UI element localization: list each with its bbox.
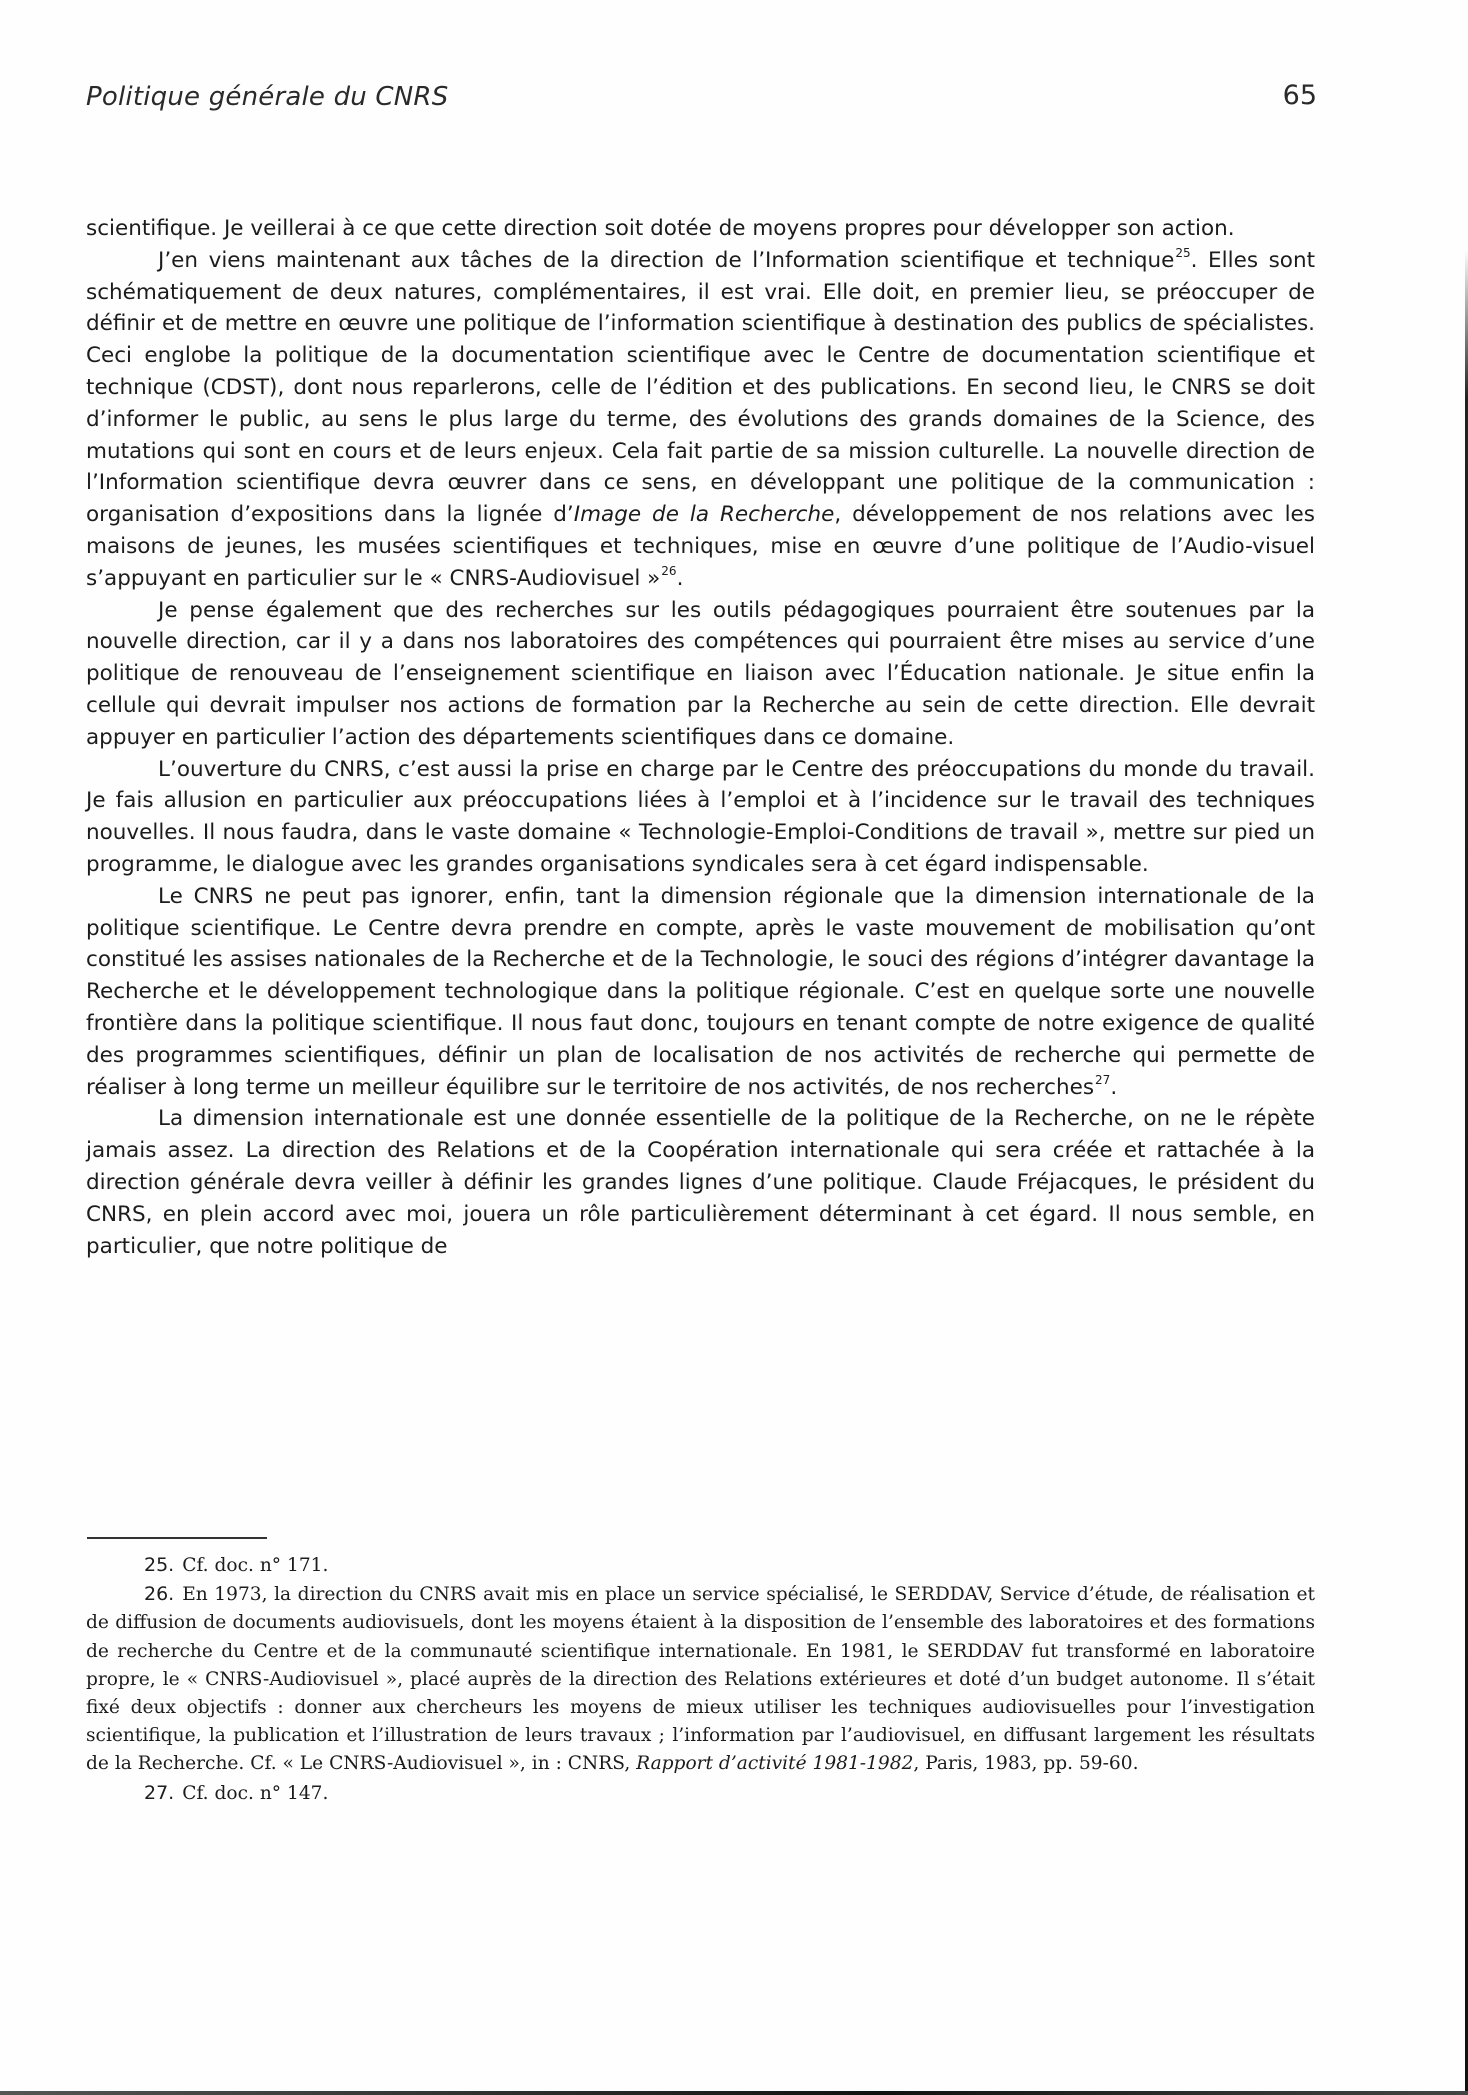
footnote-number: 27. (144, 1782, 174, 1804)
paragraph: scientifique. Je veillerai à ce que cett… (86, 213, 1315, 245)
footnote-text: En 1973, la direction du CNRS avait mis … (86, 1584, 1315, 1774)
running-title: Politique générale du CNRS (86, 82, 448, 112)
paragraph-text: Le CNRS ne peut pas ignorer, enfin, tant… (86, 884, 1315, 1100)
paragraph: La dimension internationale est une donn… (86, 1103, 1315, 1262)
paragraph-text: . (1110, 1075, 1117, 1100)
italic-title: Rapport d’activité 1981-1982 (636, 1753, 913, 1774)
paragraph-text: Je pense également que des recherches su… (86, 598, 1315, 750)
footnote-27: 27.Cf. doc. n° 147. (86, 1779, 1315, 1808)
footnote-26: 26.En 1973, la direction du CNRS avait m… (86, 1580, 1315, 1778)
paragraph: Je pense également que des recherches su… (86, 595, 1315, 754)
footnote-text: , Paris, 1983, pp. 59-60. (913, 1753, 1138, 1774)
footnote-25: 25.Cf. doc. n° 171. (86, 1551, 1315, 1580)
footnote-number: 26. (144, 1583, 174, 1605)
footnote-reference[interactable]: 25 (1175, 246, 1190, 260)
footnotes: 25.Cf. doc. n° 171. 26.En 1973, la direc… (86, 1551, 1315, 1808)
footnote-text: Cf. doc. n° 147. (182, 1783, 328, 1804)
footnote-number: 25. (144, 1554, 174, 1576)
paragraph-text: scientifique. Je veillerai à ce que cett… (86, 216, 1235, 241)
paragraph-text: L’ouverture du CNRS, c’est aussi la pris… (86, 757, 1315, 877)
footnote-reference[interactable]: 26 (661, 564, 676, 578)
paragraph-text: . (677, 566, 684, 591)
paragraph-text: J’en viens maintenant aux tâches de la d… (158, 248, 1174, 273)
document-page: Politique générale du CNRS 65 scientifiq… (0, 0, 1468, 2095)
paragraph: Le CNRS ne peut pas ignorer, enfin, tant… (86, 881, 1315, 1104)
scan-edge-bottom (0, 2091, 1468, 2095)
footnote-text: Cf. doc. n° 171. (182, 1555, 328, 1576)
paragraph: L’ouverture du CNRS, c’est aussi la pris… (86, 754, 1315, 881)
footnote-reference[interactable]: 27 (1095, 1073, 1110, 1087)
paragraph-text: . Elles sont schématiquement de deux nat… (86, 248, 1315, 527)
page-number: 65 (1283, 80, 1317, 111)
italic-title: Image de la Recherche (574, 502, 835, 527)
paragraph-text: La dimension internationale est une donn… (86, 1106, 1315, 1258)
paragraph: J’en viens maintenant aux tâches de la d… (86, 245, 1315, 595)
footnote-divider (87, 1537, 267, 1539)
body-text: scientifique. Je veillerai à ce que cett… (86, 213, 1315, 1262)
